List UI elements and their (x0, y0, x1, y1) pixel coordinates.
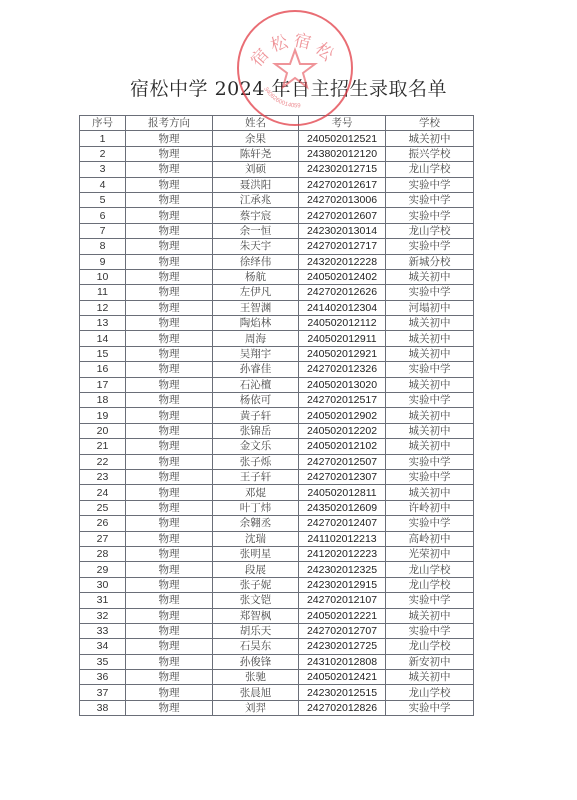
row-exam-id: 242702012617 (299, 177, 386, 192)
row-direction: 物理 (126, 362, 213, 377)
row-direction: 物理 (126, 469, 213, 484)
row-name: 张明星 (213, 546, 299, 561)
row-name: 王子轩 (213, 469, 299, 484)
row-name: 左伊凡 (213, 285, 299, 300)
table-row: 6物理蔡宇宸242702012607实验中学 (80, 208, 474, 223)
row-school: 实验中学 (386, 177, 474, 192)
row-index: 14 (80, 331, 126, 346)
row-school: 振兴学校 (386, 146, 474, 161)
row-index: 34 (80, 639, 126, 654)
row-exam-id: 243802012120 (299, 146, 386, 161)
row-index: 23 (80, 469, 126, 484)
row-school: 实验中学 (386, 192, 474, 207)
row-name: 余一恒 (213, 223, 299, 238)
header-name: 姓名 (213, 116, 299, 131)
row-index: 10 (80, 269, 126, 284)
row-index: 18 (80, 393, 126, 408)
row-index: 17 (80, 377, 126, 392)
row-name: 朱天宇 (213, 239, 299, 254)
row-direction: 物理 (126, 377, 213, 392)
row-name: 孙睿佳 (213, 362, 299, 377)
row-name: 石沁檀 (213, 377, 299, 392)
row-school: 实验中学 (386, 454, 474, 469)
row-direction: 物理 (126, 623, 213, 638)
row-index: 26 (80, 516, 126, 531)
row-exam-id: 242702012626 (299, 285, 386, 300)
row-exam-id: 242302012915 (299, 577, 386, 592)
row-exam-id: 240502013020 (299, 377, 386, 392)
row-school: 实验中学 (386, 700, 474, 715)
table-row: 36物理张驰240502012421城关初中 (80, 670, 474, 685)
row-direction: 物理 (126, 300, 213, 315)
row-direction: 物理 (126, 254, 213, 269)
row-index: 7 (80, 223, 126, 238)
table-row: 27物理沈瑞241102012213高岭初中 (80, 531, 474, 546)
row-school: 河塌初中 (386, 300, 474, 315)
row-exam-id: 240502012902 (299, 408, 386, 423)
row-school: 城关初中 (386, 485, 474, 500)
table-row: 33物理胡乐天242702012707实验中学 (80, 623, 474, 638)
row-school: 城关初中 (386, 408, 474, 423)
row-school: 龙山学校 (386, 223, 474, 238)
header-direction: 报考方向 (126, 116, 213, 131)
row-direction: 物理 (126, 146, 213, 161)
row-index: 6 (80, 208, 126, 223)
row-name: 杨航 (213, 269, 299, 284)
row-exam-id: 242702012107 (299, 593, 386, 608)
row-index: 1 (80, 131, 126, 146)
row-index: 5 (80, 192, 126, 207)
row-exam-id: 240502012921 (299, 346, 386, 361)
row-school: 城关初中 (386, 269, 474, 284)
table-row: 35物理孙俊锋243102012808新安初中 (80, 654, 474, 669)
row-name: 徐绎伟 (213, 254, 299, 269)
row-name: 聂洪阳 (213, 177, 299, 192)
row-name: 蔡宇宸 (213, 208, 299, 223)
row-index: 2 (80, 146, 126, 161)
row-direction: 物理 (126, 208, 213, 223)
table-row: 10物理杨航240502012402城关初中 (80, 269, 474, 284)
row-exam-id: 242302012515 (299, 685, 386, 700)
row-exam-id: 241202012223 (299, 546, 386, 561)
row-index: 28 (80, 546, 126, 561)
row-exam-id: 242302013014 (299, 223, 386, 238)
row-school: 光荣初中 (386, 546, 474, 561)
row-direction: 物理 (126, 685, 213, 700)
row-direction: 物理 (126, 608, 213, 623)
row-direction: 物理 (126, 285, 213, 300)
row-index: 15 (80, 346, 126, 361)
row-exam-id: 242302012715 (299, 162, 386, 177)
table-header-row: 序号 报考方向 姓名 考号 学校 (80, 116, 474, 131)
table-row: 1物理余果240502012521城关初中 (80, 131, 474, 146)
header-index: 序号 (80, 116, 126, 131)
row-name: 黄子轩 (213, 408, 299, 423)
row-school: 龙山学校 (386, 577, 474, 592)
row-direction: 物理 (126, 393, 213, 408)
row-direction: 物理 (126, 269, 213, 284)
row-exam-id: 240502012911 (299, 331, 386, 346)
table-row: 17物理石沁檀240502013020城关初中 (80, 377, 474, 392)
table-row: 34物理石昊东242302012725龙山学校 (80, 639, 474, 654)
row-exam-id: 243102012808 (299, 654, 386, 669)
row-exam-id: 242702012717 (299, 239, 386, 254)
header-exam-id: 考号 (299, 116, 386, 131)
row-school: 实验中学 (386, 623, 474, 638)
table-row: 9物理徐绎伟243202012228新城分校 (80, 254, 474, 269)
row-index: 32 (80, 608, 126, 623)
table-row: 37物理张晨旭242302012515龙山学校 (80, 685, 474, 700)
table-row: 20物理张锦岳240502012202城关初中 (80, 423, 474, 438)
row-direction: 物理 (126, 577, 213, 592)
row-index: 19 (80, 408, 126, 423)
row-exam-id: 242302012325 (299, 562, 386, 577)
row-index: 33 (80, 623, 126, 638)
row-exam-id: 243202012228 (299, 254, 386, 269)
row-exam-id: 242702012517 (299, 393, 386, 408)
table-row: 38物理刘羿242702012826实验中学 (80, 700, 474, 715)
row-exam-id: 241102012213 (299, 531, 386, 546)
row-direction: 物理 (126, 485, 213, 500)
row-school: 龙山学校 (386, 685, 474, 700)
row-index: 27 (80, 531, 126, 546)
row-direction: 物理 (126, 177, 213, 192)
row-name: 邓焜 (213, 485, 299, 500)
row-index: 8 (80, 239, 126, 254)
row-direction: 物理 (126, 223, 213, 238)
row-exam-id: 243502012609 (299, 500, 386, 515)
row-index: 31 (80, 593, 126, 608)
row-direction: 物理 (126, 162, 213, 177)
row-exam-id: 241402012304 (299, 300, 386, 315)
row-name: 刘硕 (213, 162, 299, 177)
table-row: 2物理陈轩尧243802012120振兴学校 (80, 146, 474, 161)
row-school: 城关初中 (386, 331, 474, 346)
table-row: 25物理叶丁炜243502012609许岭初中 (80, 500, 474, 515)
row-name: 张晨旭 (213, 685, 299, 700)
table-row: 28物理张明星241202012223光荣初中 (80, 546, 474, 561)
row-school: 龙山学校 (386, 562, 474, 577)
row-direction: 物理 (126, 700, 213, 715)
row-direction: 物理 (126, 639, 213, 654)
row-direction: 物理 (126, 192, 213, 207)
row-direction: 物理 (126, 531, 213, 546)
row-name: 胡乐天 (213, 623, 299, 638)
row-exam-id: 240502012202 (299, 423, 386, 438)
row-index: 37 (80, 685, 126, 700)
row-index: 36 (80, 670, 126, 685)
row-school: 实验中学 (386, 239, 474, 254)
row-index: 20 (80, 423, 126, 438)
table-row: 12物理王智渊241402012304河塌初中 (80, 300, 474, 315)
row-index: 13 (80, 316, 126, 331)
row-name: 郑智枫 (213, 608, 299, 623)
table-row: 14物理周海240502012911城关初中 (80, 331, 474, 346)
row-direction: 物理 (126, 670, 213, 685)
table-row: 13物理陶焰林240502012112城关初中 (80, 316, 474, 331)
row-exam-id: 240502012221 (299, 608, 386, 623)
row-index: 25 (80, 500, 126, 515)
row-school: 城关初中 (386, 608, 474, 623)
row-school: 实验中学 (386, 516, 474, 531)
row-direction: 物理 (126, 654, 213, 669)
row-exam-id: 240502012811 (299, 485, 386, 500)
row-direction: 物理 (126, 500, 213, 515)
row-exam-id: 242302012725 (299, 639, 386, 654)
row-exam-id: 242702012507 (299, 454, 386, 469)
row-exam-id: 240502012402 (299, 269, 386, 284)
row-name: 孙俊锋 (213, 654, 299, 669)
table-row: 31物理张文铠242702012107实验中学 (80, 593, 474, 608)
row-direction: 物理 (126, 516, 213, 531)
row-direction: 物理 (126, 331, 213, 346)
table-row: 16物理孙睿佳242702012326实验中学 (80, 362, 474, 377)
row-direction: 物理 (126, 562, 213, 577)
row-exam-id: 242702013006 (299, 192, 386, 207)
row-direction: 物理 (126, 346, 213, 361)
table-row: 18物理杨依可242702012517实验中学 (80, 393, 474, 408)
table-row: 4物理聂洪阳242702012617实验中学 (80, 177, 474, 192)
row-name: 张锦岳 (213, 423, 299, 438)
table-row: 3物理刘硕242302012715龙山学校 (80, 162, 474, 177)
row-school: 城关初中 (386, 316, 474, 331)
row-direction: 物理 (126, 423, 213, 438)
row-name: 金文乐 (213, 439, 299, 454)
row-direction: 物理 (126, 316, 213, 331)
table-row: 30物理张子妮242302012915龙山学校 (80, 577, 474, 592)
row-name: 张文铠 (213, 593, 299, 608)
row-name: 江承兆 (213, 192, 299, 207)
row-index: 3 (80, 162, 126, 177)
row-school: 龙山学校 (386, 162, 474, 177)
row-index: 22 (80, 454, 126, 469)
row-exam-id: 242702012826 (299, 700, 386, 715)
table-row: 11物理左伊凡242702012626实验中学 (80, 285, 474, 300)
row-school: 高岭初中 (386, 531, 474, 546)
row-index: 11 (80, 285, 126, 300)
row-school: 城关初中 (386, 439, 474, 454)
row-school: 龙山学校 (386, 639, 474, 654)
row-name: 张子妮 (213, 577, 299, 592)
row-index: 4 (80, 177, 126, 192)
row-school: 城关初中 (386, 131, 474, 146)
row-index: 35 (80, 654, 126, 669)
table-row: 7物理余一恒242302013014龙山学校 (80, 223, 474, 238)
svg-text:宿松宿松中学: 宿松宿松中学 (239, 12, 340, 71)
row-name: 陶焰林 (213, 316, 299, 331)
row-index: 38 (80, 700, 126, 715)
table-row: 5物理江承兆242702013006实验中学 (80, 192, 474, 207)
row-name: 杨依可 (213, 393, 299, 408)
row-name: 张子烁 (213, 454, 299, 469)
row-school: 城关初中 (386, 377, 474, 392)
row-exam-id: 242702012607 (299, 208, 386, 223)
row-index: 9 (80, 254, 126, 269)
row-index: 30 (80, 577, 126, 592)
row-exam-id: 240502012421 (299, 670, 386, 685)
row-exam-id: 240502012521 (299, 131, 386, 146)
row-school: 新城分校 (386, 254, 474, 269)
row-name: 吴翔宇 (213, 346, 299, 361)
row-exam-id: 240502012112 (299, 316, 386, 331)
table-row: 22物理张子烁242702012507实验中学 (80, 454, 474, 469)
table-row: 24物理邓焜240502012811城关初中 (80, 485, 474, 500)
table-row: 26物理余翱丞242702012407实验中学 (80, 516, 474, 531)
row-name: 石昊东 (213, 639, 299, 654)
table-row: 32物理郑智枫240502012221城关初中 (80, 608, 474, 623)
row-school: 实验中学 (386, 362, 474, 377)
row-exam-id: 242702012707 (299, 623, 386, 638)
row-school: 新安初中 (386, 654, 474, 669)
row-direction: 物理 (126, 439, 213, 454)
row-school: 实验中学 (386, 285, 474, 300)
row-index: 21 (80, 439, 126, 454)
row-direction: 物理 (126, 593, 213, 608)
row-name: 周海 (213, 331, 299, 346)
row-direction: 物理 (126, 239, 213, 254)
row-school: 实验中学 (386, 593, 474, 608)
official-seal-icon: 宿松宿松中学 3408260014059 (237, 10, 353, 126)
row-direction: 物理 (126, 546, 213, 561)
row-index: 29 (80, 562, 126, 577)
row-index: 12 (80, 300, 126, 315)
row-name: 刘羿 (213, 700, 299, 715)
row-exam-id: 242702012407 (299, 516, 386, 531)
row-school: 城关初中 (386, 670, 474, 685)
admission-table: 序号 报考方向 姓名 考号 学校 1物理余果240502012521城关初中2物… (79, 115, 474, 716)
row-name: 沈瑞 (213, 531, 299, 546)
row-name: 陈轩尧 (213, 146, 299, 161)
row-exam-id: 240502012102 (299, 439, 386, 454)
table-row: 15物理吴翔宇240502012921城关初中 (80, 346, 474, 361)
row-direction: 物理 (126, 131, 213, 146)
row-school: 实验中学 (386, 393, 474, 408)
header-school: 学校 (386, 116, 474, 131)
row-index: 16 (80, 362, 126, 377)
row-name: 余翱丞 (213, 516, 299, 531)
row-school: 许岭初中 (386, 500, 474, 515)
row-exam-id: 242702012307 (299, 469, 386, 484)
row-name: 张驰 (213, 670, 299, 685)
row-index: 24 (80, 485, 126, 500)
row-name: 王智渊 (213, 300, 299, 315)
row-exam-id: 242702012326 (299, 362, 386, 377)
table-row: 29物理段展242302012325龙山学校 (80, 562, 474, 577)
table-row: 19物理黄子轩240502012902城关初中 (80, 408, 474, 423)
row-name: 叶丁炜 (213, 500, 299, 515)
row-school: 实验中学 (386, 469, 474, 484)
document-title: 宿松中学 2024 年自主招生录取名单 (0, 74, 577, 101)
row-name: 段展 (213, 562, 299, 577)
row-direction: 物理 (126, 454, 213, 469)
table-row: 8物理朱天宇242702012717实验中学 (80, 239, 474, 254)
row-direction: 物理 (126, 408, 213, 423)
row-school: 城关初中 (386, 346, 474, 361)
table-row: 21物理金文乐240502012102城关初中 (80, 439, 474, 454)
table-row: 23物理王子轩242702012307实验中学 (80, 469, 474, 484)
row-school: 城关初中 (386, 423, 474, 438)
row-school: 实验中学 (386, 208, 474, 223)
row-name: 余果 (213, 131, 299, 146)
